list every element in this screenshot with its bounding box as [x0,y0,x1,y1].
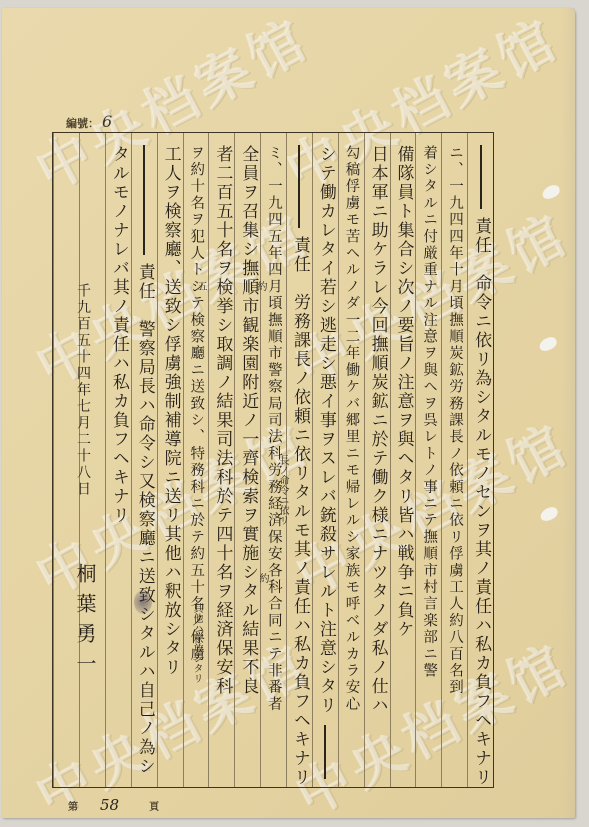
handwritten-annotation: 長ノ命令ニ依リ [275,455,290,525]
column-text: ミ、一九四五年四月頃撫順市警察局司法科労務経済保安各科合同ニテ非番者 [266,145,281,713]
column-text: 勾稿俘虜モ苦ヘルノダ一二年働ケバ郷里ニモ帰レルシ家族モ呼ベルカラ安心 [344,145,359,713]
signature: 桐葉勇一 [71,563,100,683]
manuscript-column: タルモノナレバ其ノ責任ハ私カ負フヘキナリ [105,133,131,787]
ink-smudge [134,590,152,614]
column-text: 備隊員ト集合シ次ノ要旨ノ注意ヲ與ヘタリ皆ハ戦争ニ負ケ [394,145,411,639]
punch-hole [538,505,559,522]
manuscript-column: 勾稿俘虜モ苦ヘルノダ一二年働ケバ郷里ニモ帰レルシ家族モ呼ベルカラ安心 [338,133,364,787]
column-text: ヲ約十名ヲ犯人トシテ検察廳ニ送致シ、特務科ニ於テ約五十名ノ俘虜 [189,145,204,663]
manuscript-column: 責任 警察局長ハ命令シ又検察廳ニ送致シタルハ自己ノ為シ [131,133,157,787]
manuscript-column: ヲ約十名ヲ犯人トシテ検察廳ニ送致シ、特務科ニ於テ約五十名ノ俘虜 [183,133,209,787]
manuscript-column: ニ、一九四四年十月頃撫順炭鉱労務課長ノ依頼ニ依リ俘虜工人約八百名到 [441,133,467,787]
handwritten-annotation: 其他ハ釈放シタリ [189,603,204,683]
page-number: 58 [100,796,119,814]
column-text: タルモノナレバ其ノ責任ハ私カ負フヘキナリ [110,145,127,525]
manuscript-grid: 責任 命令ニ依リ為シタルモノセンヲ其ノ責任ハ私カ負フヘキナリニ、一九四四年十月頃… [52,132,494,788]
column-text: 着シタルニ付厳重ナル注意ヲ與ヘヲ呉レトノ事ニテ撫順市村言楽部ニ警 [422,145,437,679]
column-text: 全員ヲ召集シ撫順市観楽園附近ノ一齊検索ヲ實施シタル結果不良 [239,145,256,696]
handwritten-annotation: 約 [253,281,268,291]
punch-hole [537,335,558,352]
page-footer: 第58頁 [68,796,159,814]
section-marker-line [480,145,482,209]
manuscript-column: 全員ヲ召集シ撫順市観楽園附近ノ一齊検索ヲ實施シタル結果不良 [234,133,260,787]
column-text: 日本軍ニ助ケラレ今回撫順炭鉱ニ於テ働ク様ニナツタノダ私ノ仕ハ [369,145,386,715]
manuscript-column: シテ働カレタイ若シ逃走シ悪イ事ヲスレバ銃殺サレルト注意シタリ [312,133,338,787]
manuscript-column: 者二百五十名ヲ検挙シ取調ノ結果司法科於テ四十名ヲ経済保安科 [208,133,234,787]
manuscript-column: 備隊員ト集合シ次ノ要旨ノ注意ヲ與ヘタリ皆ハ戦争ニ負ケ [390,133,416,787]
document-page: 中央档案馆 中央档案馆 中央档案馆 中央档案馆 中央档案馆 中央档案馆 中央档案… [2,8,575,818]
page-label-prefix: 第 [68,802,78,813]
file-number-label: 編號： [66,117,99,130]
column-text: 者二百五十名ヲ検挙シ取調ノ結果司法科於テ四十名ヲ経済保安科 [213,145,230,696]
document-date: 千九百五十四年七月二十八日 [73,283,93,498]
column-text: 工人ヲ検察廳、送致シ俘虜強制補導院ニ送リ其他ハ釈放シタリ [162,145,179,677]
manuscript-column: 日本軍ニ助ケラレ今回撫順炭鉱ニ於テ働ク様ニナツタノダ私ノ仕ハ [364,133,390,787]
page-label-suffix: 頁 [149,802,159,813]
manuscript-column: 着シタルニ付厳重ナル注意ヲ與ヘヲ呉レトノ事ニテ撫順市村言楽部ニ警 [415,133,441,787]
section-marker-line [298,145,300,228]
column-text: 責任 労務課長ノ依頼ニ依リタルモ其ノ責任ハ私カ負フヘキナリ [291,236,308,787]
section-end-line [324,725,326,779]
punch-hole [540,183,561,200]
manuscript-column: 工人ヲ検察廳、送致シ俘虜強制補導院ニ送リ其他ハ釈放シタリ [157,133,183,787]
manuscript-column: 責任 命令ニ依リ為シタルモノセンヲ其ノ責任ハ私カ負フヘキナリ [467,133,493,787]
section-marker-line [143,145,145,255]
column-text: ニ、一九四四年十月頃撫順炭鉱労務課長ノ依頼ニ依リ俘虜工人約八百名到 [447,145,462,696]
handwritten-annotation: 五 [193,281,208,291]
file-number-value: 6 [102,112,112,131]
column-text: シテ働カレタイ若シ逃走シ悪イ事ヲスレバ銃殺サレルト注意シタリ [317,145,334,715]
handwritten-annotation: 約 [255,573,270,583]
column-text: 責任 命令ニ依リ為シタルモノセンヲ其ノ責任ハ私カ負フヘキナリ [472,217,489,787]
file-number: 編號：6 [66,112,112,131]
paper-edge [561,8,575,818]
column-text: 責任 警察局長ハ命令シ又検察廳ニ送致シタルハ自己ノ為シ [136,263,153,776]
